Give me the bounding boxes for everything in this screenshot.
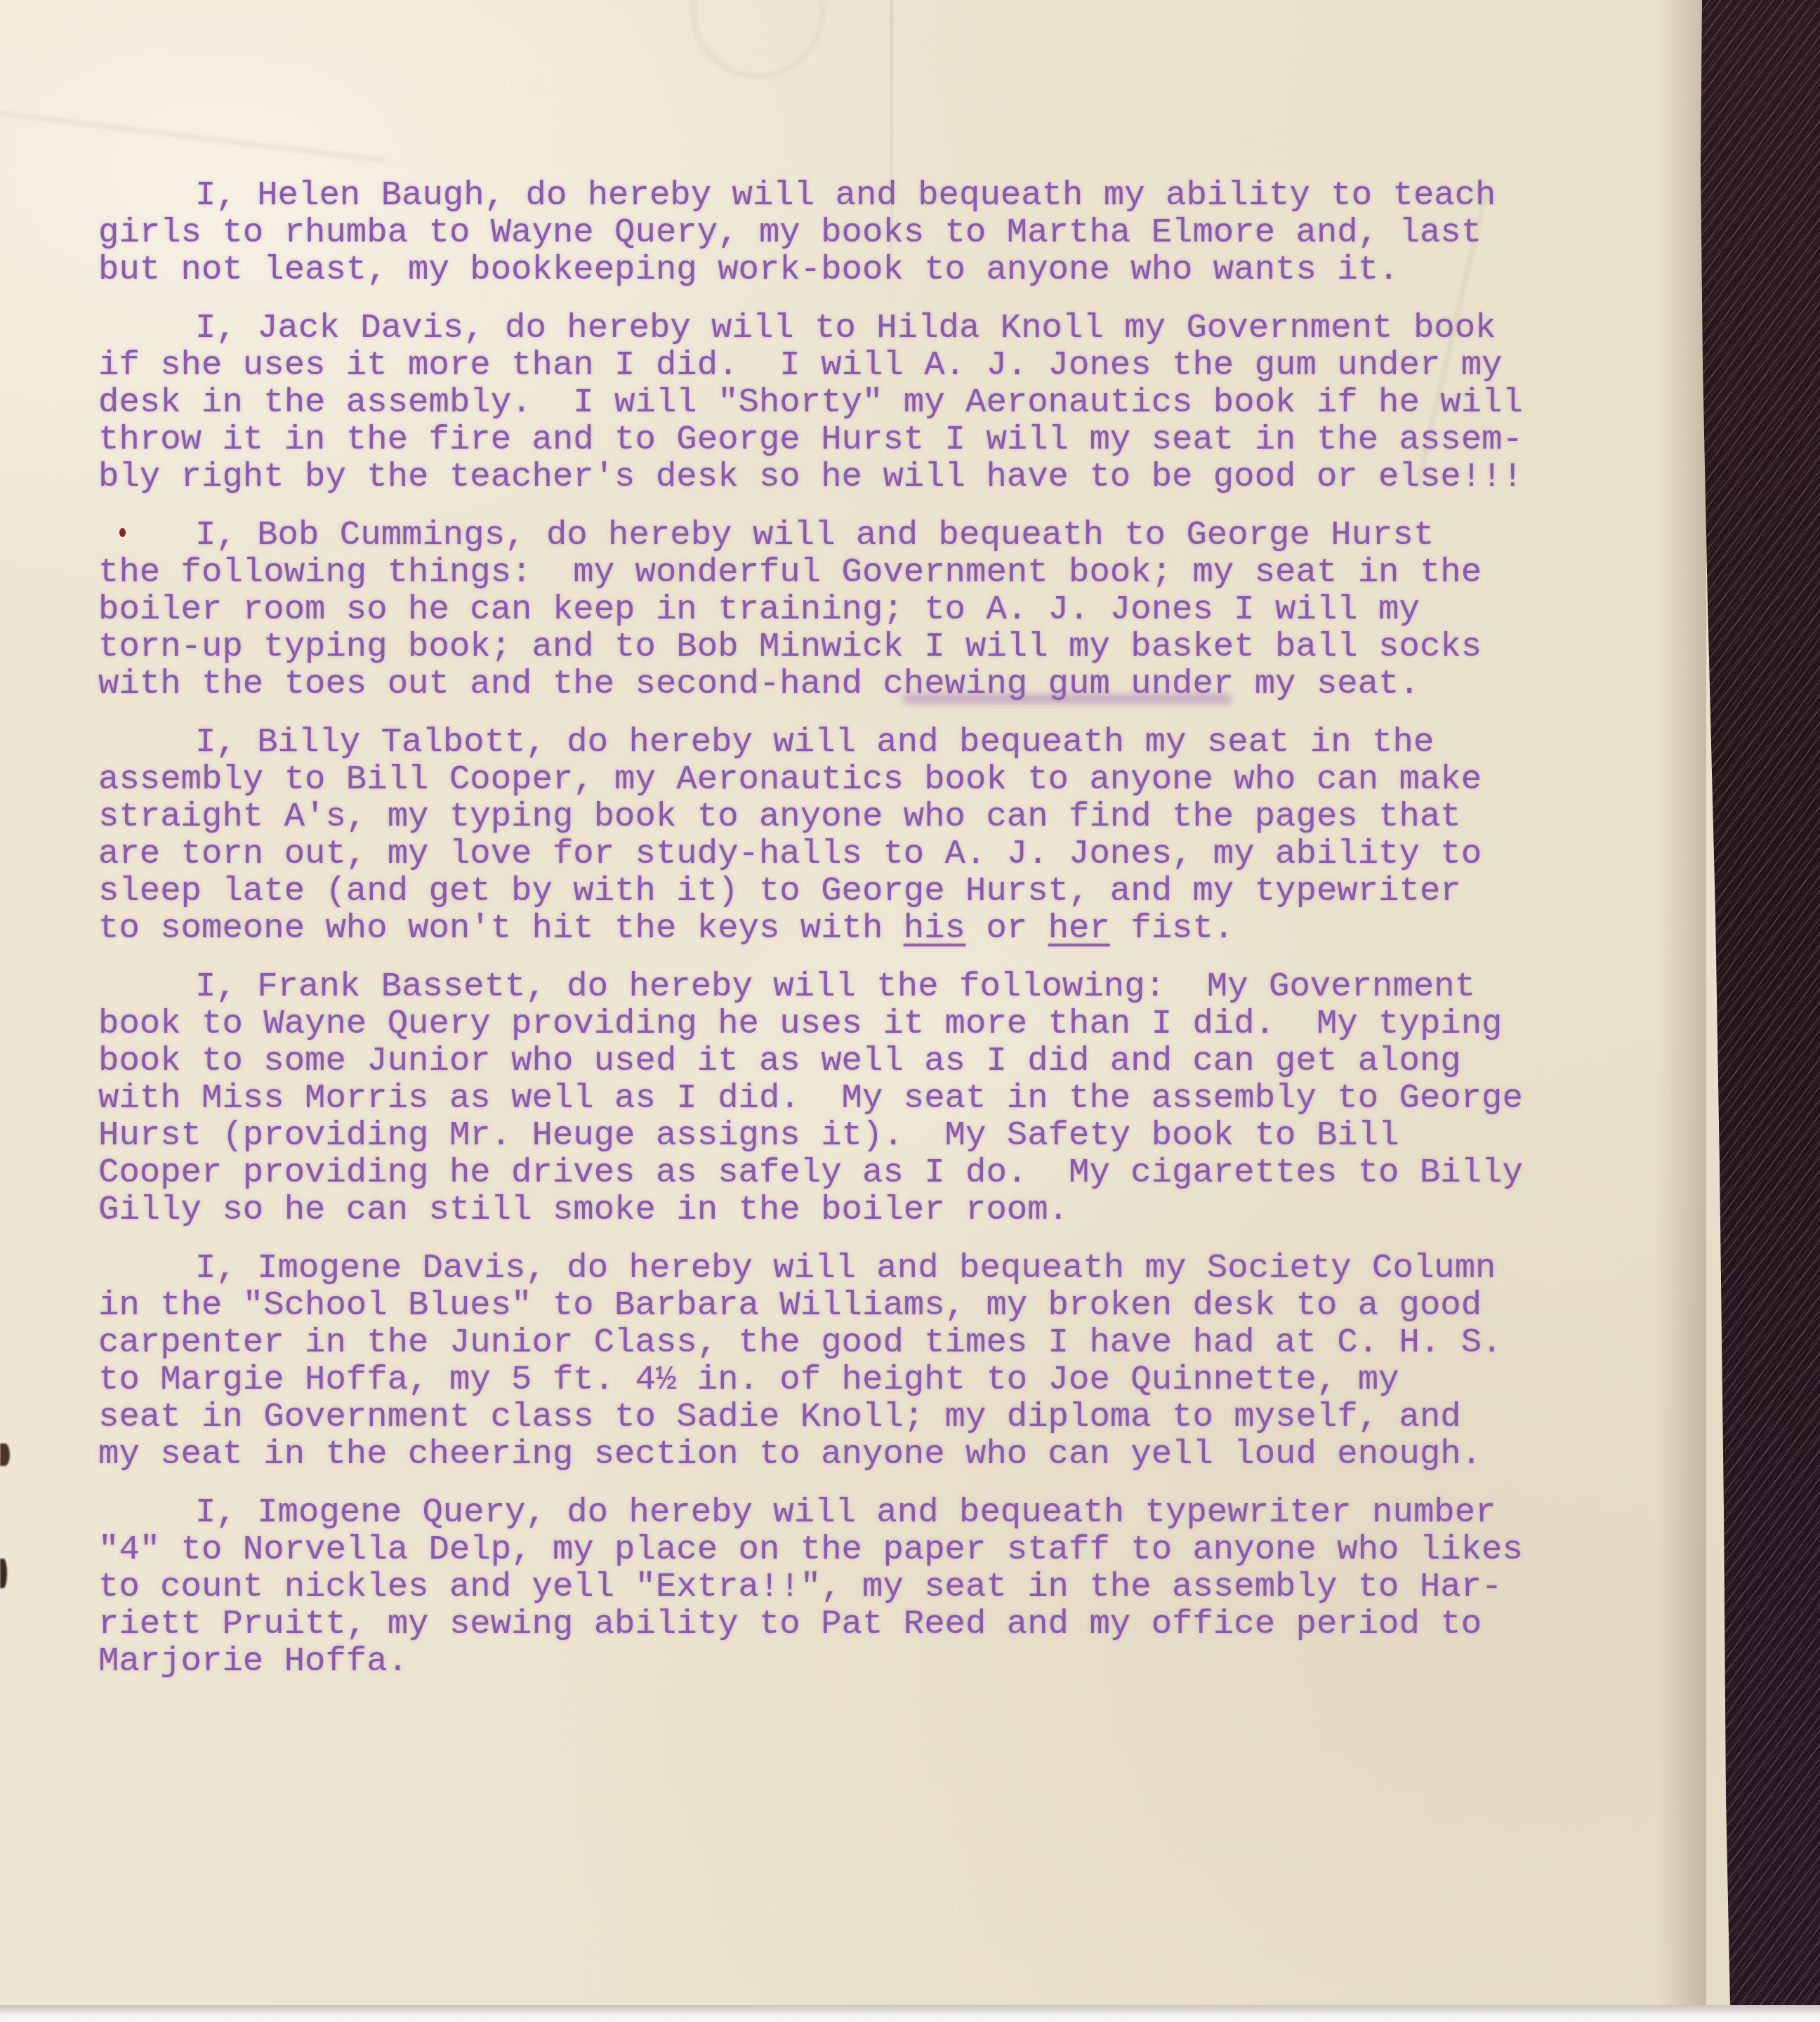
watermark-ring bbox=[692, 0, 824, 77]
ink-smudge bbox=[902, 694, 1232, 704]
paragraph: I, Jack Davis, do hereby will to Hilda K… bbox=[98, 310, 1594, 496]
paragraph: I, Billy Talbott, do hereby will and beq… bbox=[98, 724, 1594, 947]
paragraph: I, Imogene Davis, do hereby will and beq… bbox=[98, 1250, 1594, 1473]
paragraph: I, Frank Bassett, do hereby will the fol… bbox=[98, 968, 1594, 1229]
paper-crease-diagonal bbox=[0, 107, 385, 161]
gutter-shadow bbox=[1657, 0, 1706, 2005]
document-text: I, Helen Baugh, do hereby will and beque… bbox=[98, 177, 1594, 1701]
paragraph: I, Helen Baugh, do hereby will and beque… bbox=[98, 177, 1594, 289]
scanned-document-page: I, Helen Baugh, do hereby will and beque… bbox=[0, 0, 1820, 2022]
underlined-word: her bbox=[1048, 908, 1110, 948]
paragraph: I, Bob Cummings, do hereby will and bequ… bbox=[98, 517, 1594, 703]
red-ink-speck bbox=[119, 528, 126, 537]
left-edge-speck-lower bbox=[0, 1559, 7, 1588]
underlined-word: his bbox=[904, 908, 965, 948]
left-edge-speck-upper bbox=[0, 1443, 10, 1466]
paragraph: I, Imogene Query, do hereby will and beq… bbox=[98, 1494, 1594, 1680]
scanner-edge-strip bbox=[0, 2005, 1820, 2022]
